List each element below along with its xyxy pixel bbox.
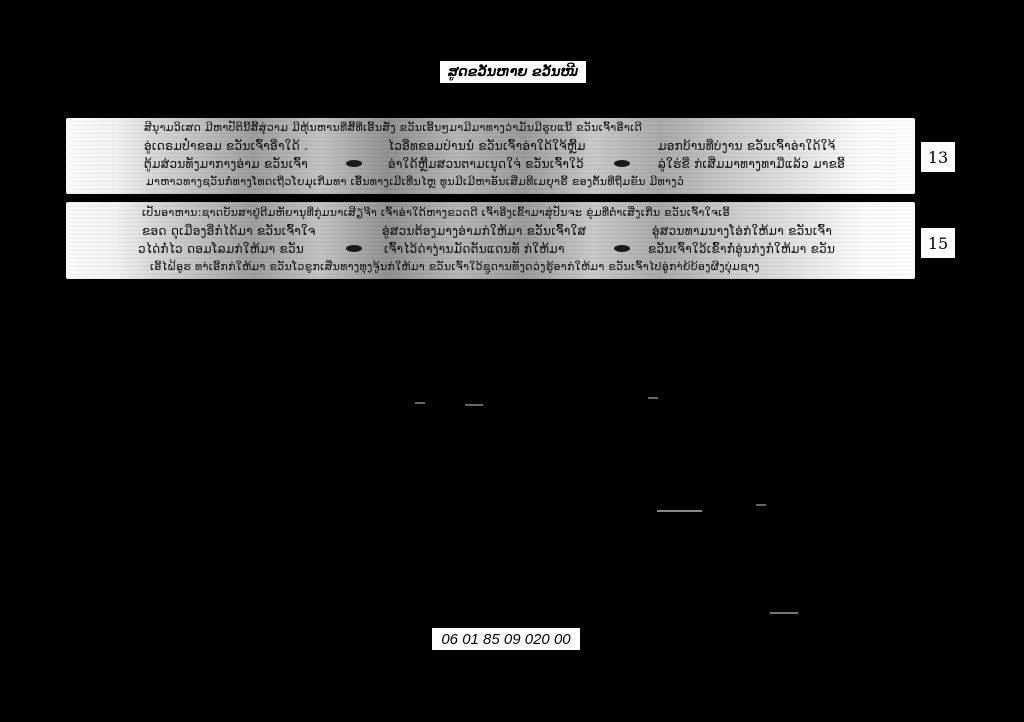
page-number-text: 15 xyxy=(928,234,948,253)
page-number-text: 13 xyxy=(928,148,948,167)
catalogue-code-label: 06 01 85 09 020 00 xyxy=(432,628,580,650)
leaf-line-2-middle: ໄວອີ່ທຂອມປ່ານນໍ່ ຂວັນເຈົ້າອ່າໃດ້ໃຈ້ຫຼີ້ມ xyxy=(388,138,586,154)
leaf-line-3-middle: ເຈົ້າໄວ້ດ່າງ່ານມັດຕັນແດນທັ ກ່ໃຫ້ມາ xyxy=(384,241,565,257)
leaf-line-1: ເປັນອາຫານ:ຊາດບັນສາຢູ່ຕີມຫັຍານຸທີ່ກຸ່ມນາເ… xyxy=(142,205,730,221)
leaf-line-3: ວໄດ່ກໍ່ໄວ ດອມໂລມກ່ໃຫ້ມາ ຂວັນ xyxy=(138,241,304,257)
palm-leaf-page-13: ສີນຸາມວິເສດ ມີຫາປັຕິນີ້ສີ້ສຸ່ວາມ ມີຫຸ້ນຫ… xyxy=(66,118,915,194)
palm-leaf-page-15: ເປັນອາຫານ:ຊາດບັນສາຢູ່ຕີມຫັຍານຸທີ່ກຸ່ມນາເ… xyxy=(66,202,915,279)
page-number-13: 13 xyxy=(921,142,955,172)
string-hole-left xyxy=(346,160,362,167)
string-hole-right xyxy=(614,160,630,167)
manuscript-title-text: ສູດຂວັນຫາຍ ຂວັນໜີ xyxy=(448,65,578,80)
scan-noise xyxy=(465,404,483,406)
scan-noise xyxy=(657,510,702,512)
string-hole-left xyxy=(346,245,362,252)
leaf-line-3-middle: ອ່າໃດ້ຫຼີ້ມສວນຕາມເນຸດໃຈ່ ຂວັນເຈົ້າໃວ້ xyxy=(388,156,584,172)
scan-noise xyxy=(770,612,798,614)
leaf-line-4: ເອີ້ໄຝ້ອູຮ ທາ່ເອີ້ກກ່ໃຫ້ມາ ຂວັນໂວຂູກເສີ່… xyxy=(150,259,760,275)
leaf-line-2-right: ມອກບ້ານທີ່ບ່ງານ ຂວັນເຈົ້າອ່າໃດ້ໃຈ້ xyxy=(658,138,835,154)
leaf-line-3-right: ຂວັນເຈົ້າໃວ້ເຂົ້າກໍ່ອູ່ນກ່ງກໍໃຫ້ມາ ຂວັນ xyxy=(648,241,835,257)
scan-noise xyxy=(648,397,658,399)
leaf-line-2-right: ອູ່ສວນທາມນາງໂອ່ກ່ໃຫ້ມາ ຂວັນເຈົ້າ xyxy=(652,223,832,239)
leaf-line-2: ອູ່ເດຣມປ່ໍາຂອມ ຂວັນເຈົ້າອີ່າໃດ້ . xyxy=(144,138,308,154)
scan-noise xyxy=(756,504,766,506)
leaf-line-3-right: ລູ່ໃຮ່ຂີ່ ກ່ເສີ່ມມາທາງທາມີ່ແລ້ວ ມາຂອີ້ xyxy=(658,156,845,172)
catalogue-code-text: 06 01 85 09 020 00 xyxy=(441,631,570,648)
page-number-15: 15 xyxy=(921,228,955,258)
leaf-line-3: ຕູ້ມສ່ວນທັງມາກາງອ່າມ ຂວັນເຈົ້າ xyxy=(144,156,308,172)
leaf-line-1: ສີນຸາມວິເສດ ມີຫາປັຕິນີ້ສີ້ສຸ່ວາມ ມີຫຸ້ນຫ… xyxy=(144,120,642,136)
string-hole-right xyxy=(614,245,630,252)
manuscript-title-label: ສູດຂວັນຫາຍ ຂວັນໜີ xyxy=(440,61,586,83)
scan-noise xyxy=(415,402,425,404)
leaf-line-2: ຂອດ ດຸເມືອງອີ່ກໍໄດ້ມາ ຂວັນເຈົ້າໃຈ xyxy=(142,223,316,239)
leaf-line-4: ມາຫາວທາງຊວັນກໍ່ທາງໂທດເຖີ່ວໂຍມຸເກີ່ມທາ ເອ… xyxy=(146,174,684,190)
leaf-line-2-middle: ອູ່ສວນຕ້ອງມາງອ່າມກ່ໃຫ້ມາ ຂວັນເຈົ້າໃສ xyxy=(382,223,586,239)
